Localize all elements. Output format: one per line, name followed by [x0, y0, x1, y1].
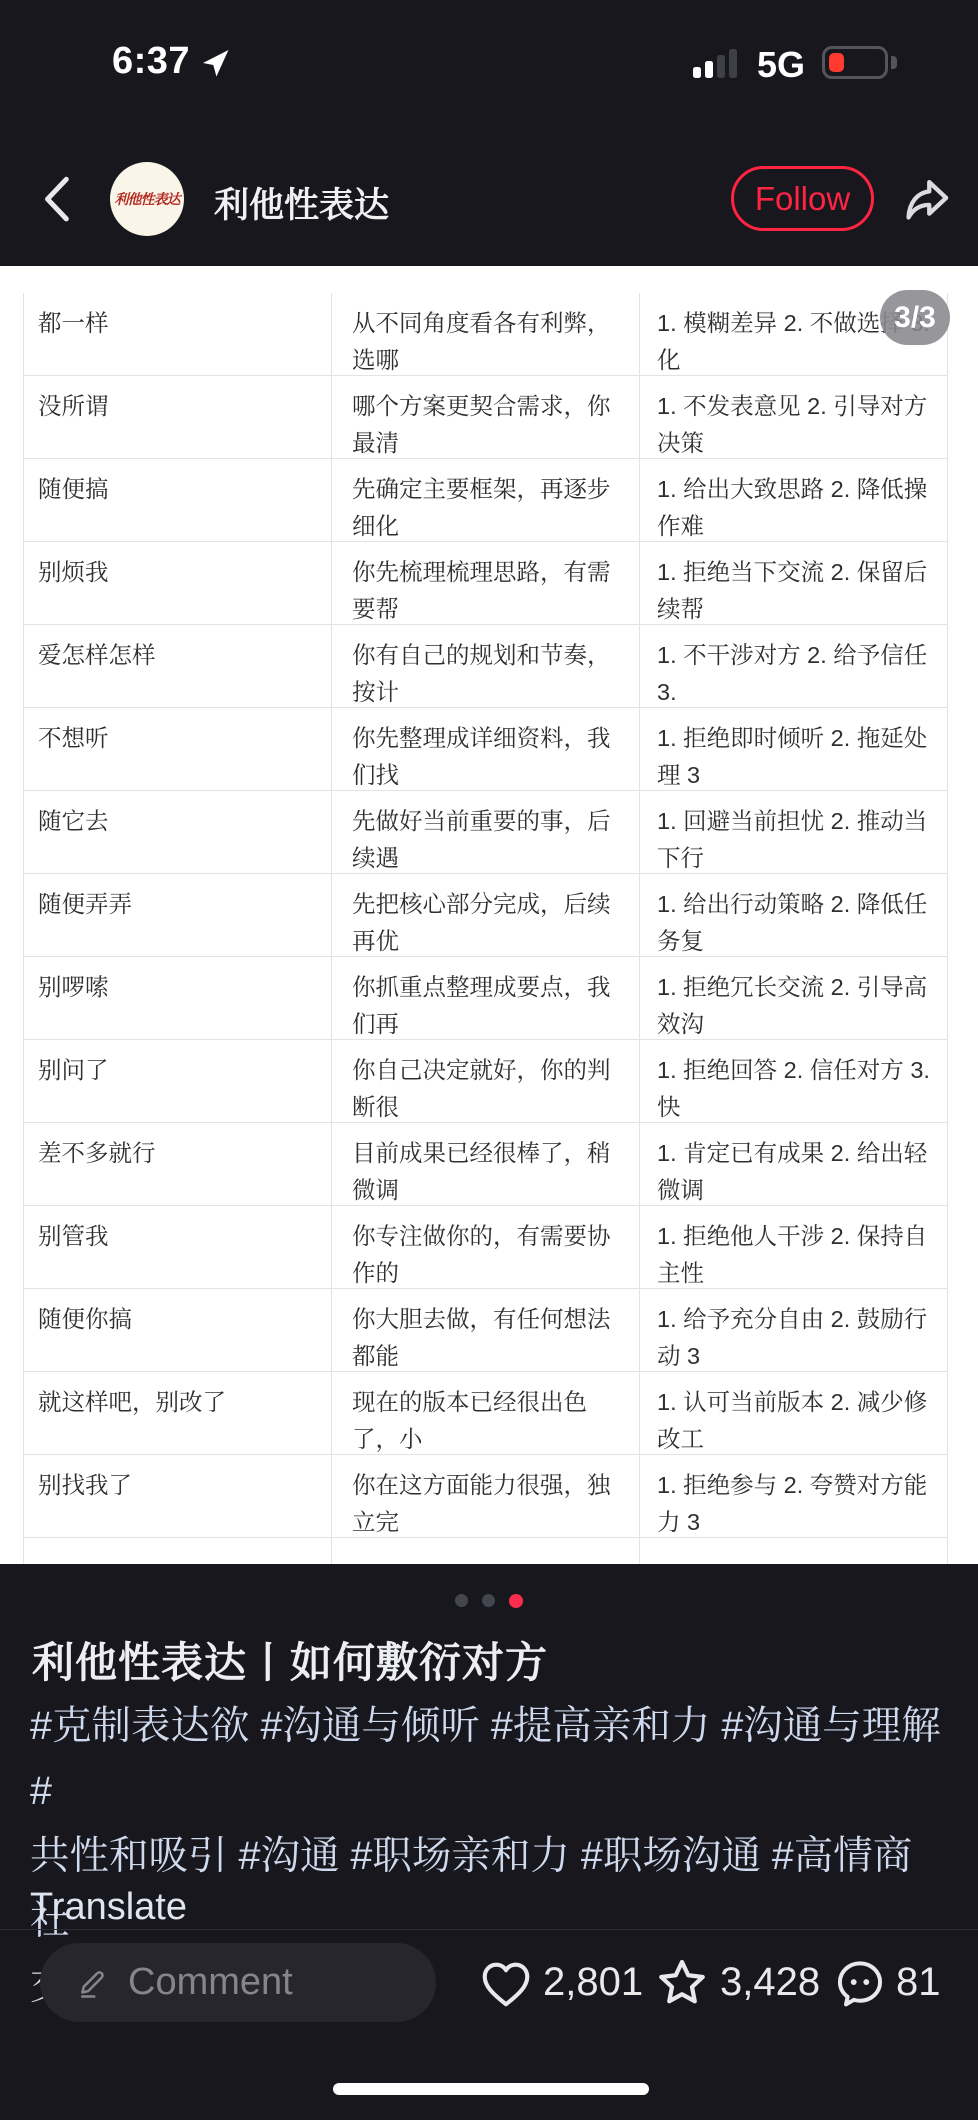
table-cell-script: 现在的版本已经很出色了，小 修小补一下就能定稿	[331, 1372, 640, 1454]
like-count: 2,801	[543, 1960, 643, 2005]
table-cell-script: 先确定主要框架，再逐步细化 ，这样能有条不紊地推进	[331, 459, 640, 541]
table-cell-phrase: 不想听	[24, 708, 331, 790]
author-avatar[interactable]: 利他性表达	[110, 162, 184, 236]
table-cell-phrase: 随便搞	[24, 459, 331, 541]
table-cell-phrase: 差不多就行	[24, 1123, 331, 1205]
table-cell-strategy: 1. 拒绝回答 2. 信任对方 3. 快 速结束询问	[640, 1040, 947, 1122]
table-cell-strategy: 1. 不发表意见 2. 引导对方决策 3. 避免麻烦	[640, 376, 947, 458]
collect-button[interactable]: 3,428	[652, 1943, 820, 2022]
table-row: 就这样吧，别改了现在的版本已经很出色了，小 修小补一下就能定稿1. 认可当前版本…	[24, 1372, 947, 1455]
table-row: 不想听你先整理成详细资料，我们找 个合适时间，好好研究讨论1. 拒绝即时倾听 2…	[24, 708, 947, 791]
table-cell-script: 你先整理成详细资料，我们找 个合适时间，好好研究讨论	[331, 708, 640, 790]
table-cell-script: 你抓重点整理成要点，我们再 针对性地沟通	[331, 957, 640, 1039]
table-row: 别啰嗦你抓重点整理成要点，我们再 针对性地沟通1. 拒绝冗长交流 2. 引导高效…	[24, 957, 947, 1040]
carousel-dot-active	[509, 1594, 523, 1608]
table-row: 随便弄弄先把核心部分完成，后续再优 化细节，这样效率更高1. 给出行动策略 2.…	[24, 874, 947, 957]
chat-bubble-icon	[832, 1955, 888, 2011]
table-cell-strategy: 1. 拒绝即时倾听 2. 拖延处理 3 . 留有商量余地	[640, 708, 947, 790]
table-cell-script: 你有自己的规划和节奏，按计 划推进，肯定能成功!	[331, 625, 640, 707]
battery-nub	[891, 56, 897, 69]
table-row: 没所谓哪个方案更契合需求，你最清 楚，按你的想法来就行1. 不发表意见 2. 引…	[24, 376, 947, 459]
heart-icon	[477, 1954, 535, 2012]
table-cell-strategy: 1. 回避当前担忧 2. 推动当下行 动 3. 减少焦虑	[640, 791, 947, 873]
app-screen: 6:37 5G 利他性表达 利他性表达 Follow 3/3 都一样从不同角度看…	[0, 0, 978, 2120]
comments-button[interactable]: 81	[832, 1943, 941, 2022]
battery-icon	[822, 46, 888, 79]
location-arrow-icon	[198, 46, 232, 80]
bottom-bar-divider	[0, 1929, 978, 1930]
table-cell-phrase: 爱怎样怎样	[24, 625, 331, 707]
table-row: 随便搞先确定主要框架，再逐步细化 ，这样能有条不紊地推进1. 给出大致思路 2.…	[24, 459, 947, 542]
signal-strength-icon	[693, 48, 741, 78]
table-cell-phrase: 别管我	[24, 1206, 331, 1288]
table-cell-strategy: 1. 拒绝他人干涉 2. 保持自主性 3. 保留合作可能	[640, 1206, 947, 1288]
author-name[interactable]: 利他性表达	[214, 178, 389, 228]
table-cell-strategy: 1. 肯定已有成果 2. 给出轻微调 整建议 3. 避免过度要求	[640, 1123, 947, 1205]
carousel-dots	[0, 1592, 978, 1610]
home-indicator	[333, 2083, 649, 2095]
table-cell-empty	[640, 1538, 947, 1564]
table-row: 随它去先做好当前重要的事，后续遇 到问题，再一起想办法解决1. 回避当前担忧 2…	[24, 791, 947, 874]
table-cell-phrase: 别问了	[24, 1040, 331, 1122]
table-row: 别找我了你在这方面能力很强，独立完 成肯定没问题，加油!1. 拒绝参与 2. 夸…	[24, 1455, 947, 1538]
table-row: 都一样从不同角度看各有利弊，选哪 个都能实现目标，你定就好1. 模糊差异 2. …	[24, 293, 947, 376]
translate-link[interactable]: Translate	[30, 1886, 187, 1929]
table-cell-phrase: 别找我了	[24, 1455, 331, 1537]
table-cell-strategy: 1. 拒绝当下交流 2. 保留后续帮 助可能 3. 缓和态度	[640, 542, 947, 624]
status-time: 6:37	[112, 40, 190, 83]
table-cell-script: 你先梳理梳理思路，有需要帮 忙的地方，随时叫我!	[331, 542, 640, 624]
pencil-icon	[74, 1965, 110, 2001]
table-cell-empty	[24, 1538, 331, 1564]
table-cell-strategy: 1. 拒绝参与 2. 夸赞对方能力 3 . 给予鼓励	[640, 1455, 947, 1537]
table-cell-script: 哪个方案更契合需求，你最清 楚，按你的想法来就行	[331, 376, 640, 458]
table-row: 别管我你专注做你的，有需要协作的 地方随时说!1. 拒绝他人干涉 2. 保持自主…	[24, 1206, 947, 1289]
table-cell-strategy: 1. 认可当前版本 2. 减少修改工 作量 3. 推动定稿	[640, 1372, 947, 1454]
table-cell-script: 你大胆去做，有任何想法都能 随时交流，我全力支持	[331, 1289, 640, 1371]
table-cell-phrase: 别烦我	[24, 542, 331, 624]
table-cell-script: 你自己决定就好，你的判断很 可靠，我没二话!	[331, 1040, 640, 1122]
table-cell-phrase: 别啰嗦	[24, 957, 331, 1039]
table: 都一样从不同角度看各有利弊，选哪 个都能实现目标，你定就好1. 模糊差异 2. …	[23, 293, 948, 1564]
collect-count: 3,428	[720, 1960, 820, 2005]
table-cell-script: 先做好当前重要的事，后续遇 到问题，再一起想办法解决	[331, 791, 640, 873]
table-cell-phrase: 没所谓	[24, 376, 331, 458]
table-cell-script: 目前成果已经很棒了，稍微调 整一下，就能达到预期	[331, 1123, 640, 1205]
table-cell-phrase: 随便弄弄	[24, 874, 331, 956]
table-cell-script: 先把核心部分完成，后续再优 化细节，这样效率更高	[331, 874, 640, 956]
table-row: 别问了你自己决定就好，你的判断很 可靠，我没二话!1. 拒绝回答 2. 信任对方…	[24, 1040, 947, 1123]
page-indicator-badge: 3/3	[880, 290, 950, 345]
avatar-calligraphy-text: 利他性表达	[115, 189, 180, 209]
table-cell-script: 从不同角度看各有利弊，选哪 个都能实现目标，你定就好	[331, 293, 640, 375]
table-row: 随便你搞你大胆去做，有任何想法都能 随时交流，我全力支持1. 给予充分自由 2.…	[24, 1289, 947, 1372]
table-row: 差不多就行目前成果已经很棒了，稍微调 整一下，就能达到预期1. 肯定已有成果 2…	[24, 1123, 947, 1206]
note-image-area[interactable]: 3/3 都一样从不同角度看各有利弊，选哪 个都能实现目标，你定就好1. 模糊差异…	[0, 266, 978, 1564]
table-cell-strategy: 1. 不干涉对方 2. 给予信任 3. 快速结束对话	[640, 625, 947, 707]
table-cell-phrase: 随它去	[24, 791, 331, 873]
network-type-label: 5G	[757, 44, 805, 86]
table-row: 别烦我你先梳理梳理思路，有需要帮 忙的地方，随时叫我!1. 拒绝当下交流 2. …	[24, 542, 947, 625]
comment-placeholder: Comment	[128, 1943, 293, 2022]
post-title: 利他性表达丨如何敷衍对方	[32, 1630, 548, 1690]
share-icon[interactable]	[900, 172, 954, 226]
table-cell-empty	[331, 1538, 640, 1564]
back-button[interactable]	[34, 168, 84, 226]
table-cell-script: 你专注做你的，有需要协作的 地方随时说!	[331, 1206, 640, 1288]
like-button[interactable]: 2,801	[477, 1943, 643, 2022]
table-cell-phrase: 就这样吧，别改了	[24, 1372, 331, 1454]
table-row: 爱怎样怎样你有自己的规划和节奏，按计 划推进，肯定能成功!1. 不干涉对方 2.…	[24, 625, 947, 708]
star-icon	[652, 1953, 712, 2013]
comment-input[interactable]: Comment	[40, 1943, 436, 2022]
table-cell-phrase: 随便你搞	[24, 1289, 331, 1371]
table-cell-script: 你在这方面能力很强，独立完 成肯定没问题，加油!	[331, 1455, 640, 1537]
table-cell-strategy: 1. 给出行动策略 2. 降低任务复 杂度 3. 提高执行力	[640, 874, 947, 956]
table-row-partial	[24, 1538, 947, 1564]
table-cell-strategy: 1. 拒绝冗长交流 2. 引导高效沟 通 3. 节省时间	[640, 957, 947, 1039]
carousel-dot	[455, 1594, 468, 1607]
comments-count: 81	[896, 1960, 941, 2005]
table-cell-strategy: 1. 给出大致思路 2. 降低操作难 度 3. 减少混乱	[640, 459, 947, 541]
table-cell-phrase: 都一样	[24, 293, 331, 375]
table-cell-strategy: 1. 给予充分自由 2. 鼓励行动 3 . 维持沟通渠道	[640, 1289, 947, 1371]
carousel-dot	[482, 1594, 495, 1607]
follow-button[interactable]: Follow	[731, 166, 874, 231]
